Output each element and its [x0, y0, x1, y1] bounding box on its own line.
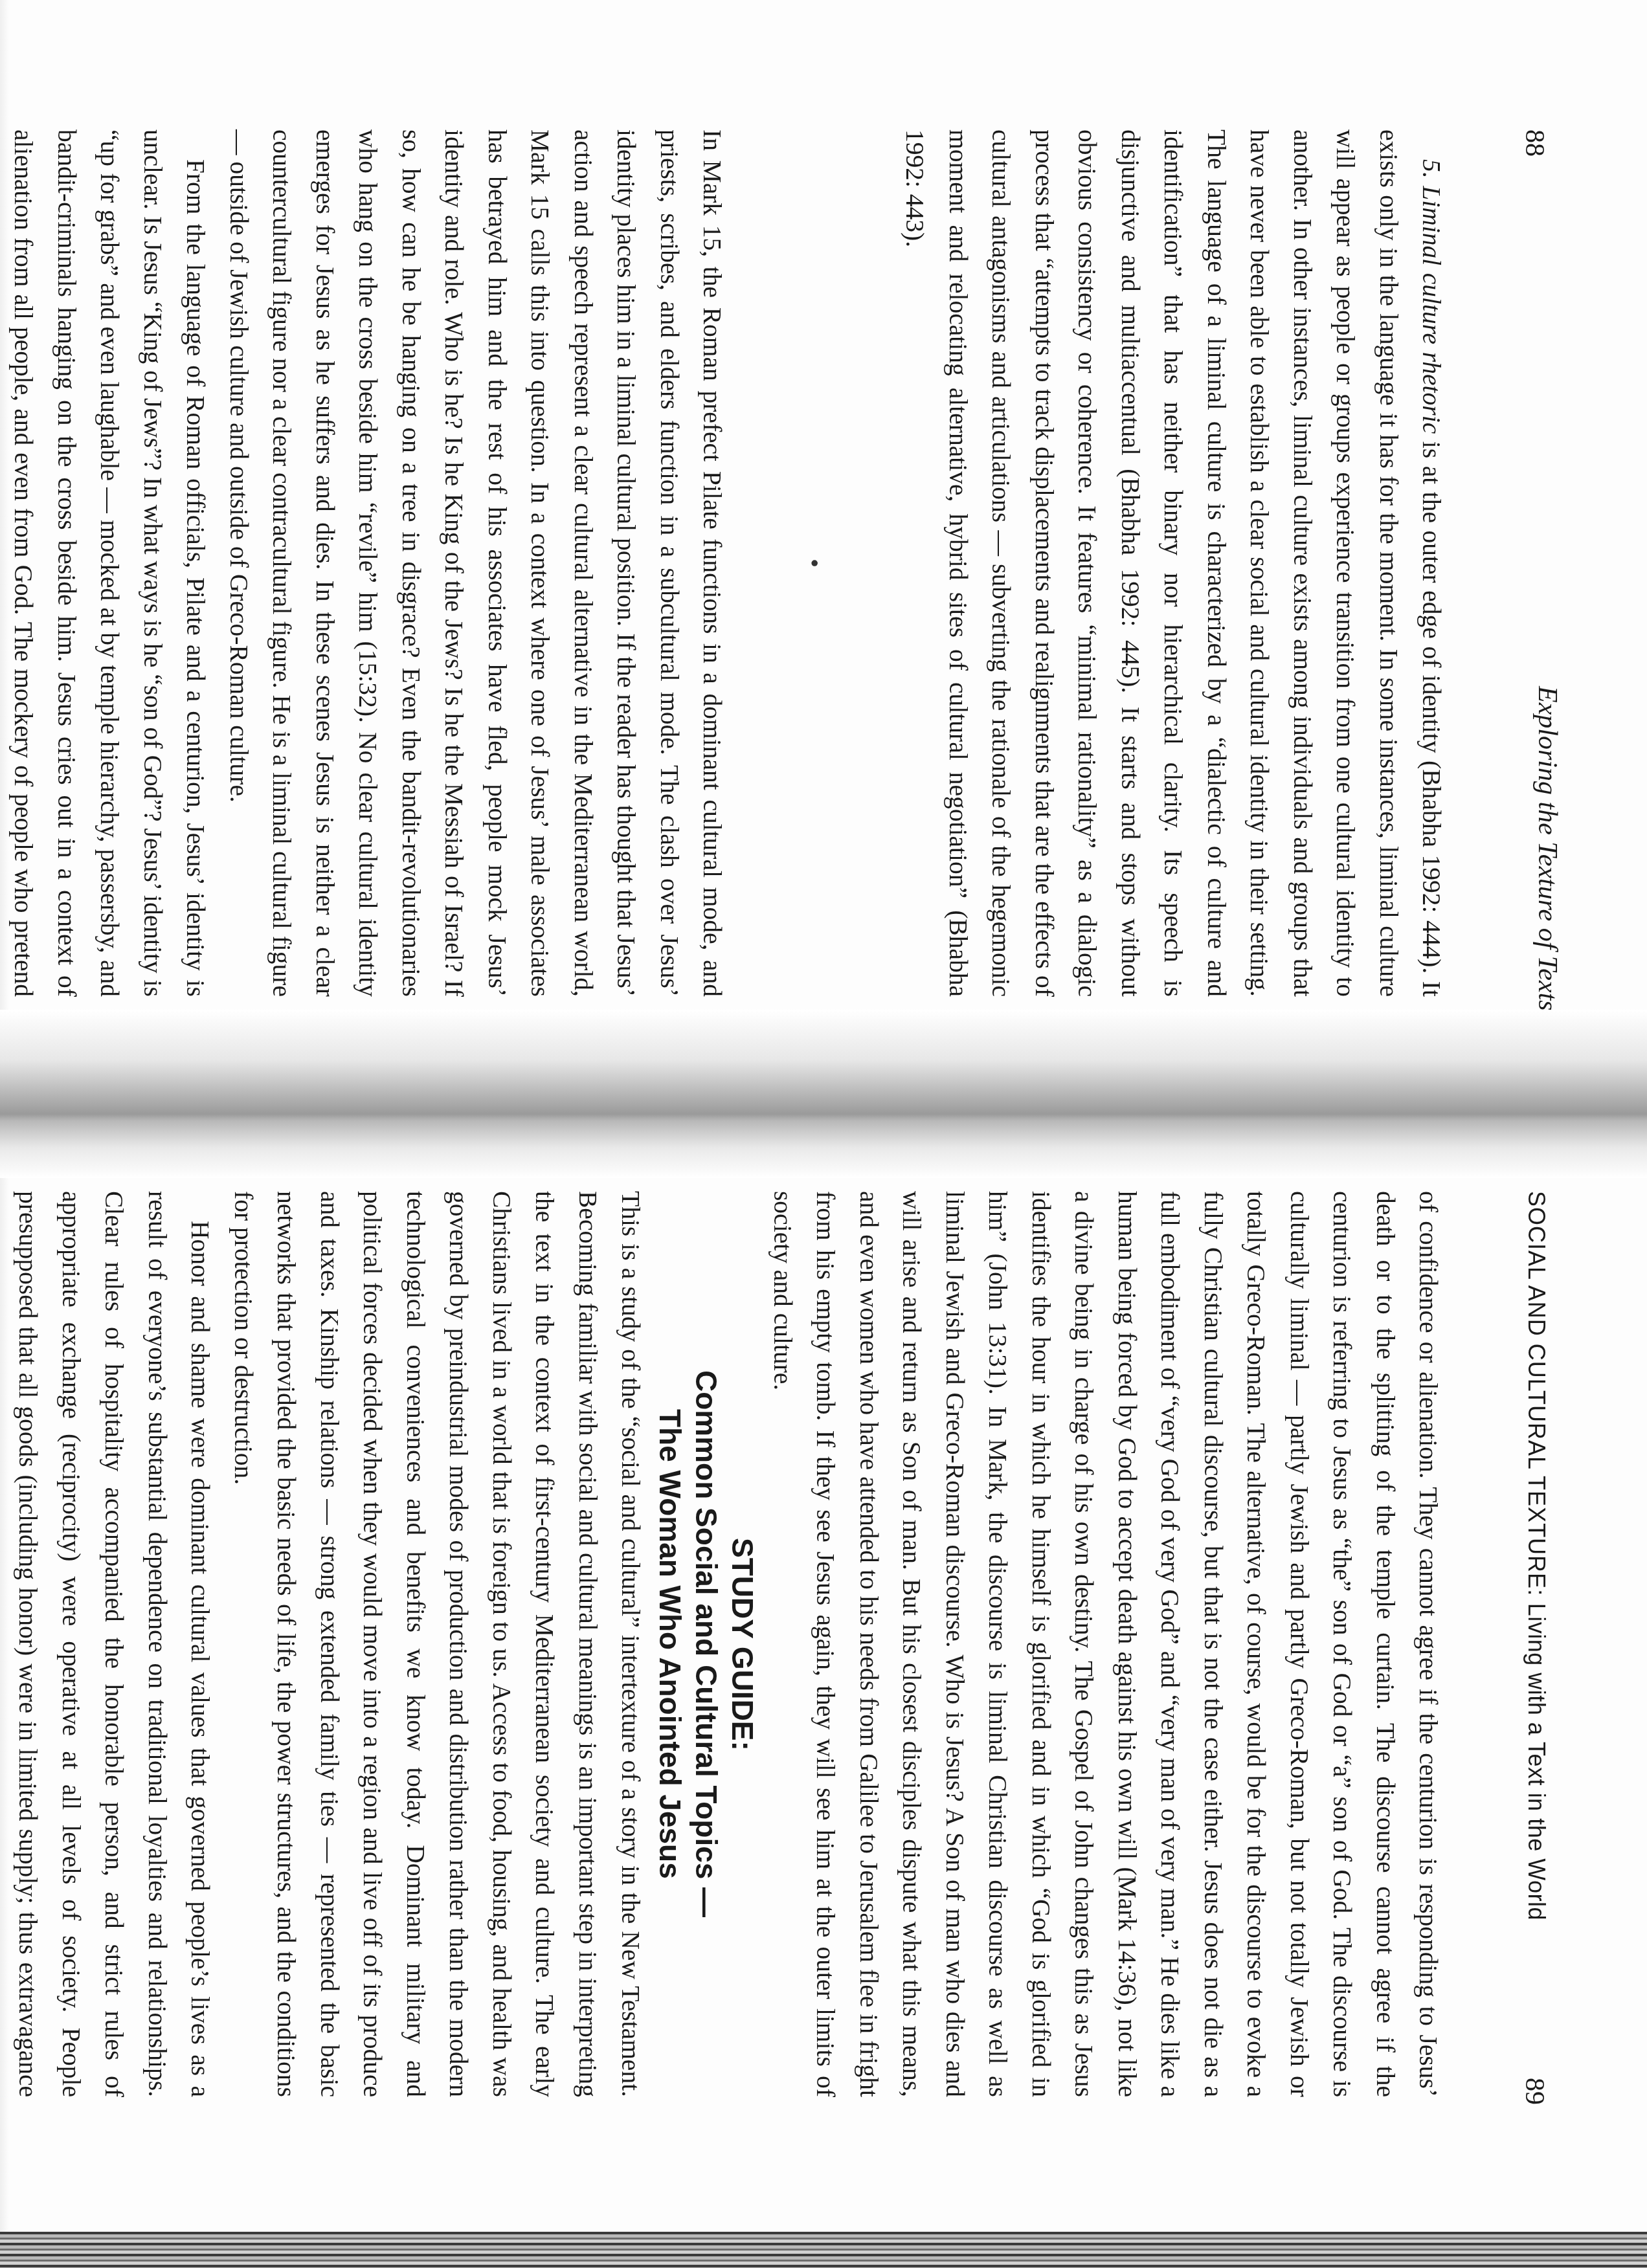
- page-89: SOCIAL AND CULTURAL TEXTURE: Living with…: [0, 1152, 1647, 2227]
- running-title-88: Exploring the Texture of Texts: [1532, 686, 1563, 1011]
- study-guide-heading: STUDY GUIDE: Common Social and Cultural …: [652, 1236, 761, 2052]
- running-title-caps: SOCIAL AND CULTURAL TEXTURE:: [1523, 1191, 1550, 1596]
- study-guide-label: STUDY GUIDE:: [724, 1236, 761, 2052]
- paragraph-honor-shame: Honor and shame were dominant cultural v…: [0, 1191, 221, 2097]
- paragraph-liminal-culture: 5. Liminal culture rhetoric is at the ou…: [893, 129, 1453, 997]
- folio-88: 88: [1519, 129, 1550, 157]
- page-88: 88 Exploring the Texture of Texts 5. Lim…: [0, 0, 1647, 1036]
- paragraph-roman-officials: From the language of Roman officials, Pi…: [0, 129, 217, 997]
- body-text-88: 5. Liminal culture rhetoric is at the ou…: [0, 129, 1453, 997]
- running-title-rest: Living with a Text in the World: [1523, 1596, 1550, 1920]
- paragraph-lead-italic: 5. Liminal culture rhetoric: [1417, 159, 1446, 434]
- body-text-89: of confidence or alienation. They cannot…: [0, 1191, 1450, 2097]
- section-separator-bullet: •: [792, 129, 835, 997]
- study-guide-title: Common Social and Cultural Topics —: [688, 1236, 724, 2052]
- paragraph-text: is at the outer edge of identity (Bhabha…: [901, 129, 1446, 997]
- paragraph-confidence-alienation: of confidence or alienation. They cannot…: [761, 1191, 1450, 2097]
- paragraph-social-cultural-intertexture: This is a study of the “social and cultu…: [221, 1191, 652, 2097]
- running-title-89: SOCIAL AND CULTURAL TEXTURE: Living with…: [1523, 1191, 1550, 1920]
- page-stack-edge: [0, 2232, 1647, 2268]
- folio-89: 89: [1519, 2078, 1550, 2105]
- study-guide-subtitle: The Woman Who Anointed Jesus: [652, 1236, 688, 2052]
- paragraph-mark-15: In Mark 15, the Roman prefect Pilate fun…: [217, 129, 734, 997]
